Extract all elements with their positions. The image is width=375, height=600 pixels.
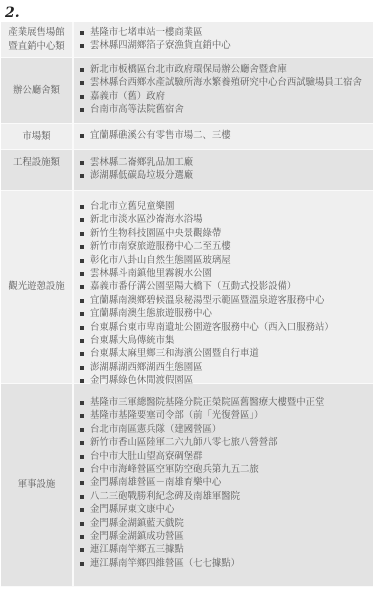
category-label: 工程設施類 <box>13 156 60 170</box>
category-label: 軍事設施 <box>18 478 56 492</box>
list-item: 新竹市南寮旅遊服務中心二至五樓 <box>80 240 373 253</box>
table-row-engineering-facilities: 工程設施類 雲林縣二崙鄉乳品加工廠 澎湖縣低碳島垃圾分選廠 <box>1 150 373 191</box>
list-item: 台東縣太麻里鄉三和海濱公園暨自行車道 <box>80 347 373 360</box>
section-number-heading: 2. <box>5 5 20 21</box>
list-item: 新竹生物科技園區中央景觀綠帶 <box>80 227 373 240</box>
list-item: 新竹市香山區陸軍二六九師八零七旅八營營部 <box>80 436 373 449</box>
list-item: 台東縣台東市卑南遺址公園遊客服務中心（西入口服務站） <box>80 321 373 334</box>
table-row-tourism-recreation: 觀光遊憩設施 台北市立舊兒童樂園 新北市淡水區沙崙海水浴場 新竹生物科技園區中央… <box>1 191 373 384</box>
facility-list: 新北市板橋區台北市政府環保局辦公廳舍暨倉庫 雲林縣台西鄉水產試驗所海水繁養殖研究… <box>74 58 373 123</box>
table-row-markets: 市場類 宜蘭縣礁溪公有零售市場二、三樓 <box>1 124 373 150</box>
list-item: 彰化市八卦山自然生態園區玻璃屋 <box>80 254 373 267</box>
list-item: 嘉義市番仔溝公園堊陽大橋下（互動式投影設備） <box>80 280 373 293</box>
list-item: 金門縣金湖鎮藍天戲院 <box>80 517 373 530</box>
list-item: 新北市板橋區台北市政府環保局辦公廳舍暨倉庫 <box>80 63 373 76</box>
category-label: 市場類 <box>22 130 50 144</box>
table-row-exhibition-sales: 產業展售場館 暨直銷中心類 基隆市七堵車站一樓商業區 雲林縣四湖鄉箔子寮漁貨直銷… <box>1 22 373 58</box>
list-item: 新北市淡水區沙崙海水浴場 <box>80 213 373 226</box>
list-item: 宜蘭縣南澳鄉碧候溫泉秘湯型示範區暨溫泉遊客服務中心 <box>80 294 373 307</box>
table-row-office-buildings: 辦公廳舍類 新北市板橋區台北市政府環保局辦公廳舍暨倉庫 雲林縣台西鄉水產試驗所海… <box>1 58 373 124</box>
list-item: 台南市高等法院舊宿舍 <box>80 103 373 116</box>
category-label: 觀光遊憩設施 <box>8 280 64 294</box>
category-cell: 市場類 <box>1 124 74 149</box>
facility-list: 基隆市七堵車站一樓商業區 雲林縣四湖鄉箔子寮漁貨直銷中心 <box>74 22 373 57</box>
list-item: 澎湖縣湖西鄉湖西生態園區 <box>80 361 373 374</box>
list-item: 台東縣大鳥傳統市集 <box>80 334 373 347</box>
category-cell: 產業展售場館 暨直銷中心類 <box>1 22 74 57</box>
facility-list: 基隆市三軍總醫院基隆分院正榮院區舊醫療大樓暨中正堂 基隆市基隆要塞司令部（前「光… <box>74 384 373 586</box>
list-item: 雲林縣斗南鎮他里霧親水公園 <box>80 267 373 280</box>
list-item: 澎湖縣低碳島垃圾分選廠 <box>80 169 373 182</box>
list-item: 雲林縣四湖鄉箔子寮漁貨直銷中心 <box>80 39 373 52</box>
list-item: 基隆市三軍總醫院基隆分院正榮院區舊醫療大樓暨中正堂 <box>80 396 373 409</box>
list-item: 雲林縣二崙鄉乳品加工廠 <box>80 156 373 169</box>
category-label-line: 產業展售場館 <box>8 26 64 40</box>
category-cell: 工程設施類 <box>1 150 74 190</box>
list-item: 金門縣南雄營區－南雄育樂中心 <box>80 476 373 489</box>
category-label: 辦公廳舍類 <box>13 84 60 98</box>
list-item: 宜蘭縣南澳生態旅遊服務中心 <box>80 307 373 320</box>
list-item: 台中市海峰營區空軍防空砲兵第九五二旅 <box>80 463 373 476</box>
facility-list: 雲林縣二崙鄉乳品加工廠 澎湖縣低碳島垃圾分選廠 <box>74 150 373 190</box>
facility-list: 台北市立舊兒童樂園 新北市淡水區沙崙海水浴場 新竹生物科技園區中央景觀綠帶 新竹… <box>74 191 373 383</box>
list-item: 基隆市七堵車站一樓商業區 <box>80 26 373 39</box>
list-item: 宜蘭縣礁溪公有零售市場二、三樓 <box>80 129 373 142</box>
list-item: 八二三砲戰勝利紀念碑及南雄軍醫院 <box>80 490 373 503</box>
category-cell: 辦公廳舍類 <box>1 58 74 123</box>
list-item: 台中市大肚山望高寮碉堡群 <box>80 450 373 463</box>
table-row-military-facilities: 軍事設施 基隆市三軍總醫院基隆分院正榮院區舊醫療大樓暨中正堂 基隆市基隆要塞司令… <box>1 384 373 587</box>
list-item: 金門縣屏東文康中心 <box>80 503 373 516</box>
list-item: 台北市立舊兒童樂園 <box>80 200 373 213</box>
facility-list: 宜蘭縣礁溪公有零售市場二、三樓 <box>74 124 373 149</box>
list-item: 金門縣金湖鎮成功營區 <box>80 530 373 543</box>
list-item: 嘉義市（舊）政府 <box>80 90 373 103</box>
list-item: 雲林縣台西鄉水產試驗所海水繁養殖研究中心台西試驗場員工宿舍 <box>80 76 373 89</box>
category-cell: 軍事設施 <box>1 384 74 586</box>
list-item: 金門縣綠色休閒渡假園區 <box>80 374 373 387</box>
list-item: 連江縣南竿鄉五三據點 <box>80 543 373 556</box>
idle-facilities-table: 產業展售場館 暨直銷中心類 基隆市七堵車站一樓商業區 雲林縣四湖鄉箔子寮漁貨直銷… <box>1 22 373 587</box>
list-item: 連江縣南竿鄉四維營區（七七據點） <box>80 557 373 570</box>
list-item: 基隆市基隆要塞司令部（前「光復營區」） <box>80 409 373 422</box>
list-item: 台北市南區憲兵隊（建國營區） <box>80 423 373 436</box>
category-label-line: 暨直銷中心類 <box>8 40 64 54</box>
category-cell: 觀光遊憩設施 <box>1 191 74 383</box>
